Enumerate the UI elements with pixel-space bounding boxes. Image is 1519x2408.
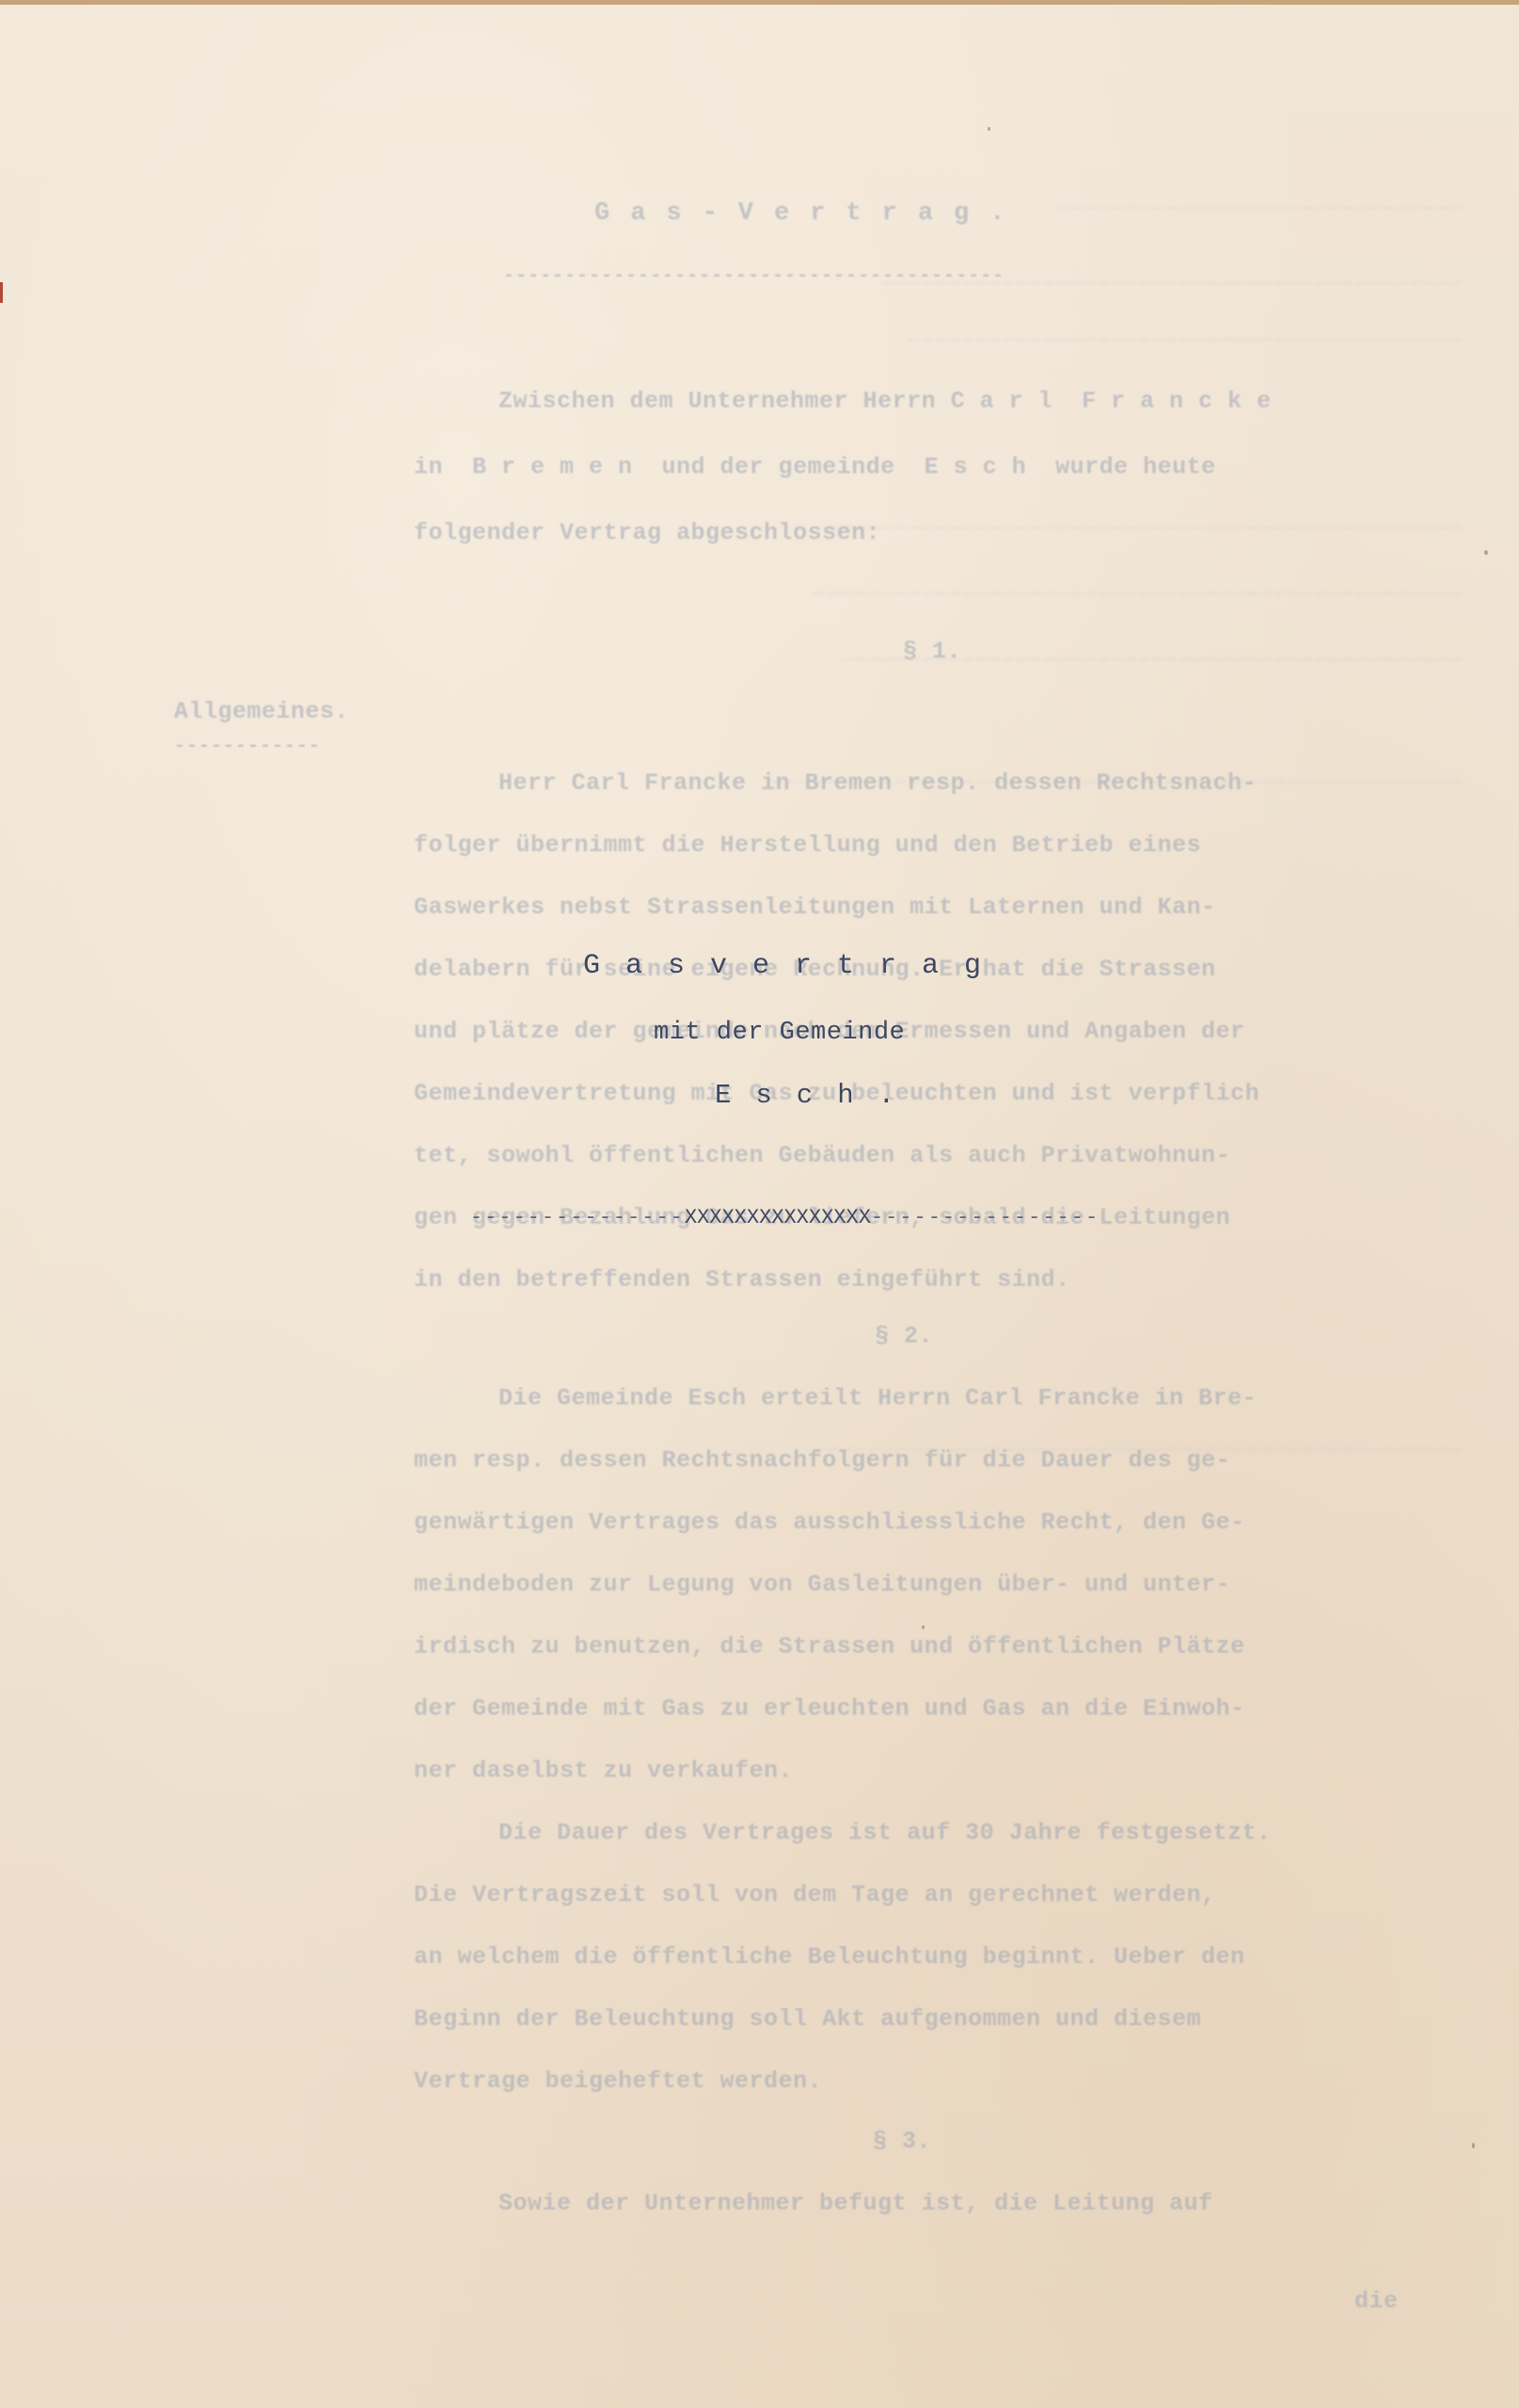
cover-subtitle: mit der Gemeinde bbox=[654, 1019, 905, 1047]
paper-speck bbox=[922, 1625, 925, 1629]
cover-place: Esch. bbox=[715, 1080, 919, 1111]
cover-page: Gasvertrag mit der Gemeinde Esch. ------… bbox=[0, 0, 1519, 2408]
paper-speck bbox=[1472, 2143, 1475, 2148]
divider-x-run: XXXXXXXXXXXXXXX bbox=[685, 1206, 871, 1229]
cover-divider: ---------------XXXXXXXXXXXXXXX----------… bbox=[419, 1182, 1100, 1253]
divider-dashes-right: ---------------- bbox=[871, 1206, 1100, 1229]
divider-dashes-left: --------------- bbox=[470, 1206, 685, 1229]
cover-title: Gasvertrag bbox=[583, 950, 1006, 982]
paper-speck bbox=[1484, 550, 1488, 555]
paper-speck bbox=[988, 127, 990, 131]
